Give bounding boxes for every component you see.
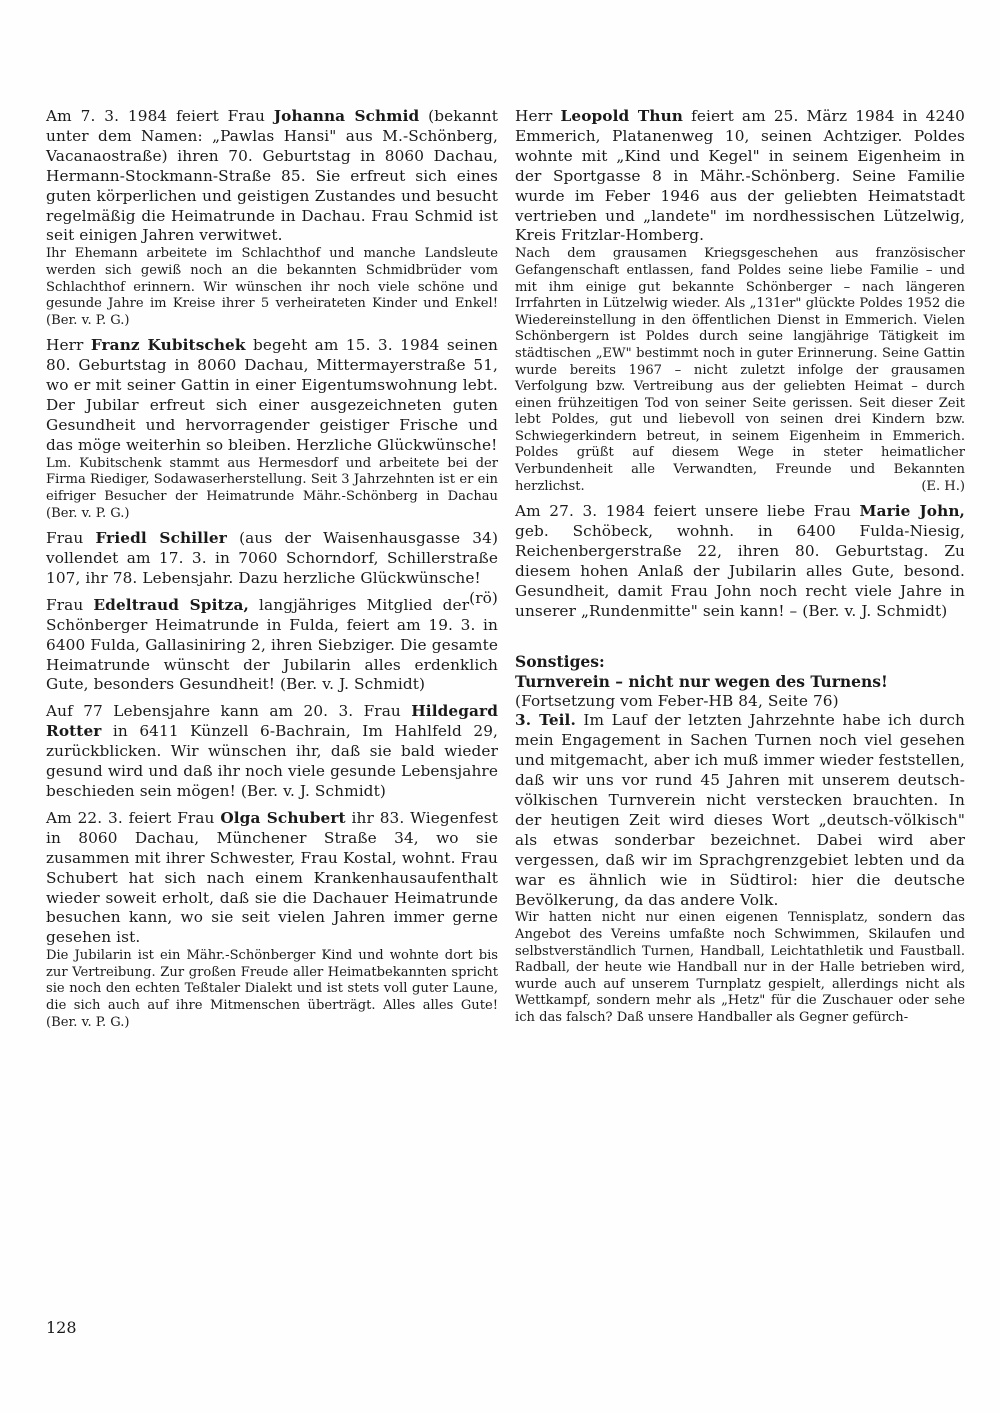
article-kubitschek: Herr Franz Kubitschek begeht am 15. 3. 1… xyxy=(46,336,498,522)
article-body: Am 22. 3. feiert Frau Olga Schubert ihr … xyxy=(46,809,498,948)
section-heading: Sonstiges: xyxy=(515,652,965,672)
article-subtitle: (Fortsetzung vom Feber-HB 84, Seite 76) xyxy=(515,692,965,712)
right-column: Herr Leopold Thun feiert am 25. März 198… xyxy=(515,107,965,1027)
article-spitza: Frau Edeltraud Spitza, langjähriges Mitg… xyxy=(46,596,498,696)
page-number: 128 xyxy=(46,1318,77,1337)
article-body: Auf 77 Lebensjahre kann am 20. 3. Frau H… xyxy=(46,702,498,802)
article-schmid: Am 7. 3. 1984 feiert Frau Johanna Schmid… xyxy=(46,107,498,329)
article-title: Turnverein – nicht nur wegen des Turnens… xyxy=(515,672,965,692)
author-credit: (E. H.) xyxy=(921,479,965,496)
person-name: Olga Schubert xyxy=(220,809,345,827)
article-note: Nach dem grausamen Kriegsgeschehen aus f… xyxy=(515,246,965,495)
article-body: 3. Teil. Im Lauf der letzten Jahrzehnte … xyxy=(515,711,965,910)
article-note: Die Jubilarin ist ein Mähr.-Schönberger … xyxy=(46,948,498,1031)
person-name: Edeltraud Spitza, xyxy=(93,596,248,614)
article-note: Wir hatten nicht nur einen eigenen Tenni… xyxy=(515,910,965,1026)
document-page: Am 7. 3. 1984 feiert Frau Johanna Schmid… xyxy=(0,0,1000,1413)
article-body: Am 27. 3. 1984 feiert unsere liebe Frau … xyxy=(515,502,965,621)
article-body: Herr Leopold Thun feiert am 25. März 198… xyxy=(515,107,965,246)
article-body: Frau Edeltraud Spitza, langjähriges Mitg… xyxy=(46,596,498,696)
part-label: 3. Teil. xyxy=(515,711,576,729)
article-body: Am 7. 3. 1984 feiert Frau Johanna Schmid… xyxy=(46,107,498,246)
article-note: Lm. Kubitschenk stammt aus Hermesdorf un… xyxy=(46,456,498,522)
article-note: Ihr Ehemann arbeitete im Schlachthof und… xyxy=(46,246,498,329)
left-column: Am 7. 3. 1984 feiert Frau Johanna Schmid… xyxy=(46,107,498,1031)
article-schiller: Frau Friedl Schiller (aus der Waisenhaus… xyxy=(46,529,498,589)
article-schubert: Am 22. 3. feiert Frau Olga Schubert ihr … xyxy=(46,809,498,1031)
person-name: Franz Kubitschek xyxy=(91,336,246,354)
article-body: Frau Friedl Schiller (aus der Waisenhaus… xyxy=(46,529,498,589)
person-name: Johanna Schmid xyxy=(274,107,419,125)
article-rotter: Auf 77 Lebensjahre kann am 20. 3. Frau H… xyxy=(46,702,498,802)
author-credit: (rö) xyxy=(469,589,498,609)
article-body: Herr Franz Kubitschek begeht am 15. 3. 1… xyxy=(46,336,498,455)
person-name: Leopold Thun xyxy=(561,107,684,125)
person-name: Friedl Schiller xyxy=(95,529,226,547)
person-name: Marie John, xyxy=(860,502,965,520)
article-john: Am 27. 3. 1984 feiert unsere liebe Frau … xyxy=(515,502,965,621)
article-thun: Herr Leopold Thun feiert am 25. März 198… xyxy=(515,107,965,495)
section-sonstiges: Sonstiges: Turnverein – nicht nur wegen … xyxy=(515,652,965,1027)
